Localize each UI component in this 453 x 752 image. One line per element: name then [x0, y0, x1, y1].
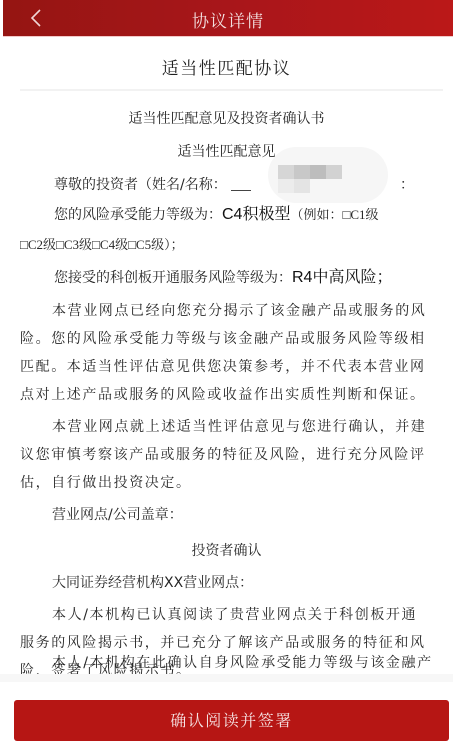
investor-name-blank — [231, 179, 251, 191]
footer-separator — [0, 674, 453, 682]
risk-capacity-value: C4积极型 — [222, 206, 290, 223]
risk-capacity-example-2: □C2级□C3级□C4级□C5级）； — [20, 230, 440, 260]
agreement-content[interactable]: 适当性匹配意见及投资者确认书 适当性匹配意见 尊敬的投资者（姓名/名称： ： 您… — [0, 92, 453, 676]
para-read-1: 本人/本机构已认真阅读了贵营业网点关于科创板开通 — [20, 600, 440, 630]
greeting-suffix: ： — [400, 170, 414, 200]
para-confirm-2: 议您审慎考察该产品或服务的特征及风险，进行充分风险评 — [20, 440, 440, 470]
para-confirm-3: 估，自行做出投资决定。 — [20, 468, 440, 498]
document-heading: 适当性匹配意见及投资者确认书 — [0, 104, 453, 134]
service-risk-line: 您接受的科创板开通服务风险等级为：R4中高风险； — [20, 263, 440, 293]
service-risk-prefix: 您接受的科创板开通服务风险等级为： — [54, 270, 292, 286]
risk-capacity-example-1: （例如：□C1级 — [290, 207, 378, 222]
para-disclosure-4: 点对上述产品或服务的风险或收益作出实质性判断和保证。 — [20, 380, 440, 410]
para-confirm-1: 本营业网点就上述适当性评估意见与您进行确认，并建 — [20, 412, 440, 442]
app-header: 协议详情 — [3, 0, 453, 37]
para-disclosure-2: 险。您的风险承受能力等级与该金融产品或服务风险等级相 — [20, 324, 440, 354]
confirm-read-and-sign-button[interactable]: 确认阅读并签署 — [14, 700, 449, 741]
seal-label: 营业网点/公司盖章： — [20, 500, 440, 530]
redacted-name-mask — [268, 147, 388, 203]
risk-capacity-prefix: 您的风险承受能力等级为： — [54, 207, 222, 223]
greeting-prefix: 尊敬的投资者（姓名/名称： — [54, 177, 227, 193]
para-disclosure-3: 匹配。本适当性评估意见供您决策参考，并不代表本营业网 — [20, 352, 440, 382]
page-title: 协议详情 — [3, 7, 453, 32]
para-disclosure-1: 本营业网点已经向您充分揭示了该金融产品或服务的风 — [20, 296, 440, 326]
document-title: 适当性匹配协议 — [0, 54, 453, 79]
title-divider — [20, 89, 443, 91]
service-risk-value: R4中高风险； — [292, 269, 392, 286]
risk-capacity-line: 您的风险承受能力等级为：C4积极型（例如：□C1级 — [20, 200, 440, 230]
addressee-line: 大同证券经营机构XX营业网点： — [20, 568, 440, 598]
investor-confirm-heading: 投资者确认 — [0, 536, 453, 566]
